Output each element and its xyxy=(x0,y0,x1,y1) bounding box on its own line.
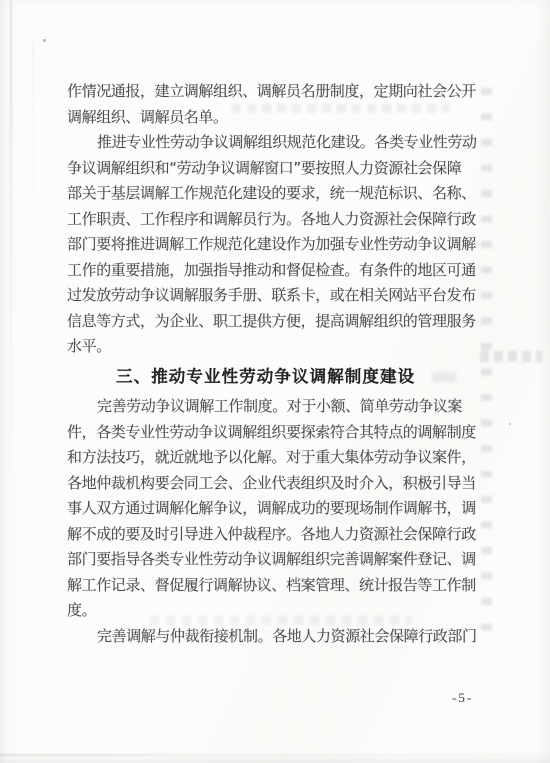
scan-crease-left xyxy=(10,0,12,520)
ink-bleed-mark xyxy=(480,351,542,362)
text-line: 各地仲裁机构要会同工会、企业代表组织及时介入，积极引导当 xyxy=(67,471,475,497)
text-block: 作情况通报，建立调解组织、调解员名册制度，定期向社会公开调解组织、调解员名单。推… xyxy=(67,79,475,649)
text-line: 部关于基层调解工作规范化建设的要求，统一规范标识、名称、 xyxy=(67,181,475,207)
text-line: 和方法技巧，就近就地予以化解。对于重大集体劳动争议案件， xyxy=(67,445,475,471)
text-line: 完善劳动争议调解工作制度。对于小额、简单劳动争议案 xyxy=(67,394,475,420)
text-line: 作情况通报，建立调解组织、调解员名册制度，定期向社会公开 xyxy=(67,79,475,105)
text-line: 推进专业性劳动争议调解组织规范化建设。各类专业性劳动 xyxy=(67,130,475,156)
text-line: 完善调解与仲裁衔接机制。各地人力资源社会保障行政部门 xyxy=(67,624,475,650)
text-line: 件，各类专业性劳动争议调解组织要探索符合其特点的调解制度 xyxy=(67,420,475,446)
ink-bleed-column xyxy=(481,88,492,633)
text-line: 事人双方通过调解化解争议，调解成功的要现场制作调解书，调 xyxy=(67,496,475,522)
text-line: 工作的重要措施，加强指导推动和督促检查。有条件的地区可通 xyxy=(67,258,475,284)
text-line: 过发放劳动争议调解服务手册、联系卡，或在相关网站平台发布 xyxy=(67,283,475,309)
dust-speck xyxy=(509,423,511,425)
scan-bottom-edge-line xyxy=(0,754,550,756)
page-number: -5- xyxy=(452,690,473,706)
scan-crease-left-2 xyxy=(33,40,34,250)
text-line: 争议调解组织和“劳动争议调解窗口”要按照人力资源社会保障 xyxy=(67,156,475,182)
section-heading: 三、推动专业性劳动争议调解制度建设 xyxy=(67,364,475,390)
text-line: 工作职责、工作程序和调解员行为。各地人力资源社会保障行政 xyxy=(67,207,475,233)
text-line: 解不成的要及时引导进入仲裁程序。各地人力资源社会保障行政 xyxy=(67,522,475,548)
text-line: 水平。 xyxy=(67,334,475,360)
text-line: 部门要将推进调解工作规范化建设作为加强专业性劳动争议调解 xyxy=(67,232,475,258)
text-line: 调解组织、调解员名单。 xyxy=(67,105,475,131)
text-line: 信息等方式，为企业、职工提供方便，提高调解组织的管理服务 xyxy=(67,309,475,335)
text-line: 解工作记录、督促履行调解协议、档案管理、统计报告等工作制 xyxy=(67,573,475,599)
dust-speck xyxy=(43,39,46,42)
text-line: 部门要指导各类专业性劳动争议调解组织完善调解案件登记、调 xyxy=(67,547,475,573)
text-line: 度。 xyxy=(67,598,475,624)
scanned-document-page: 作情况通报，建立调解组织、调解员名册制度，定期向社会公开调解组织、调解员名单。推… xyxy=(0,0,550,763)
